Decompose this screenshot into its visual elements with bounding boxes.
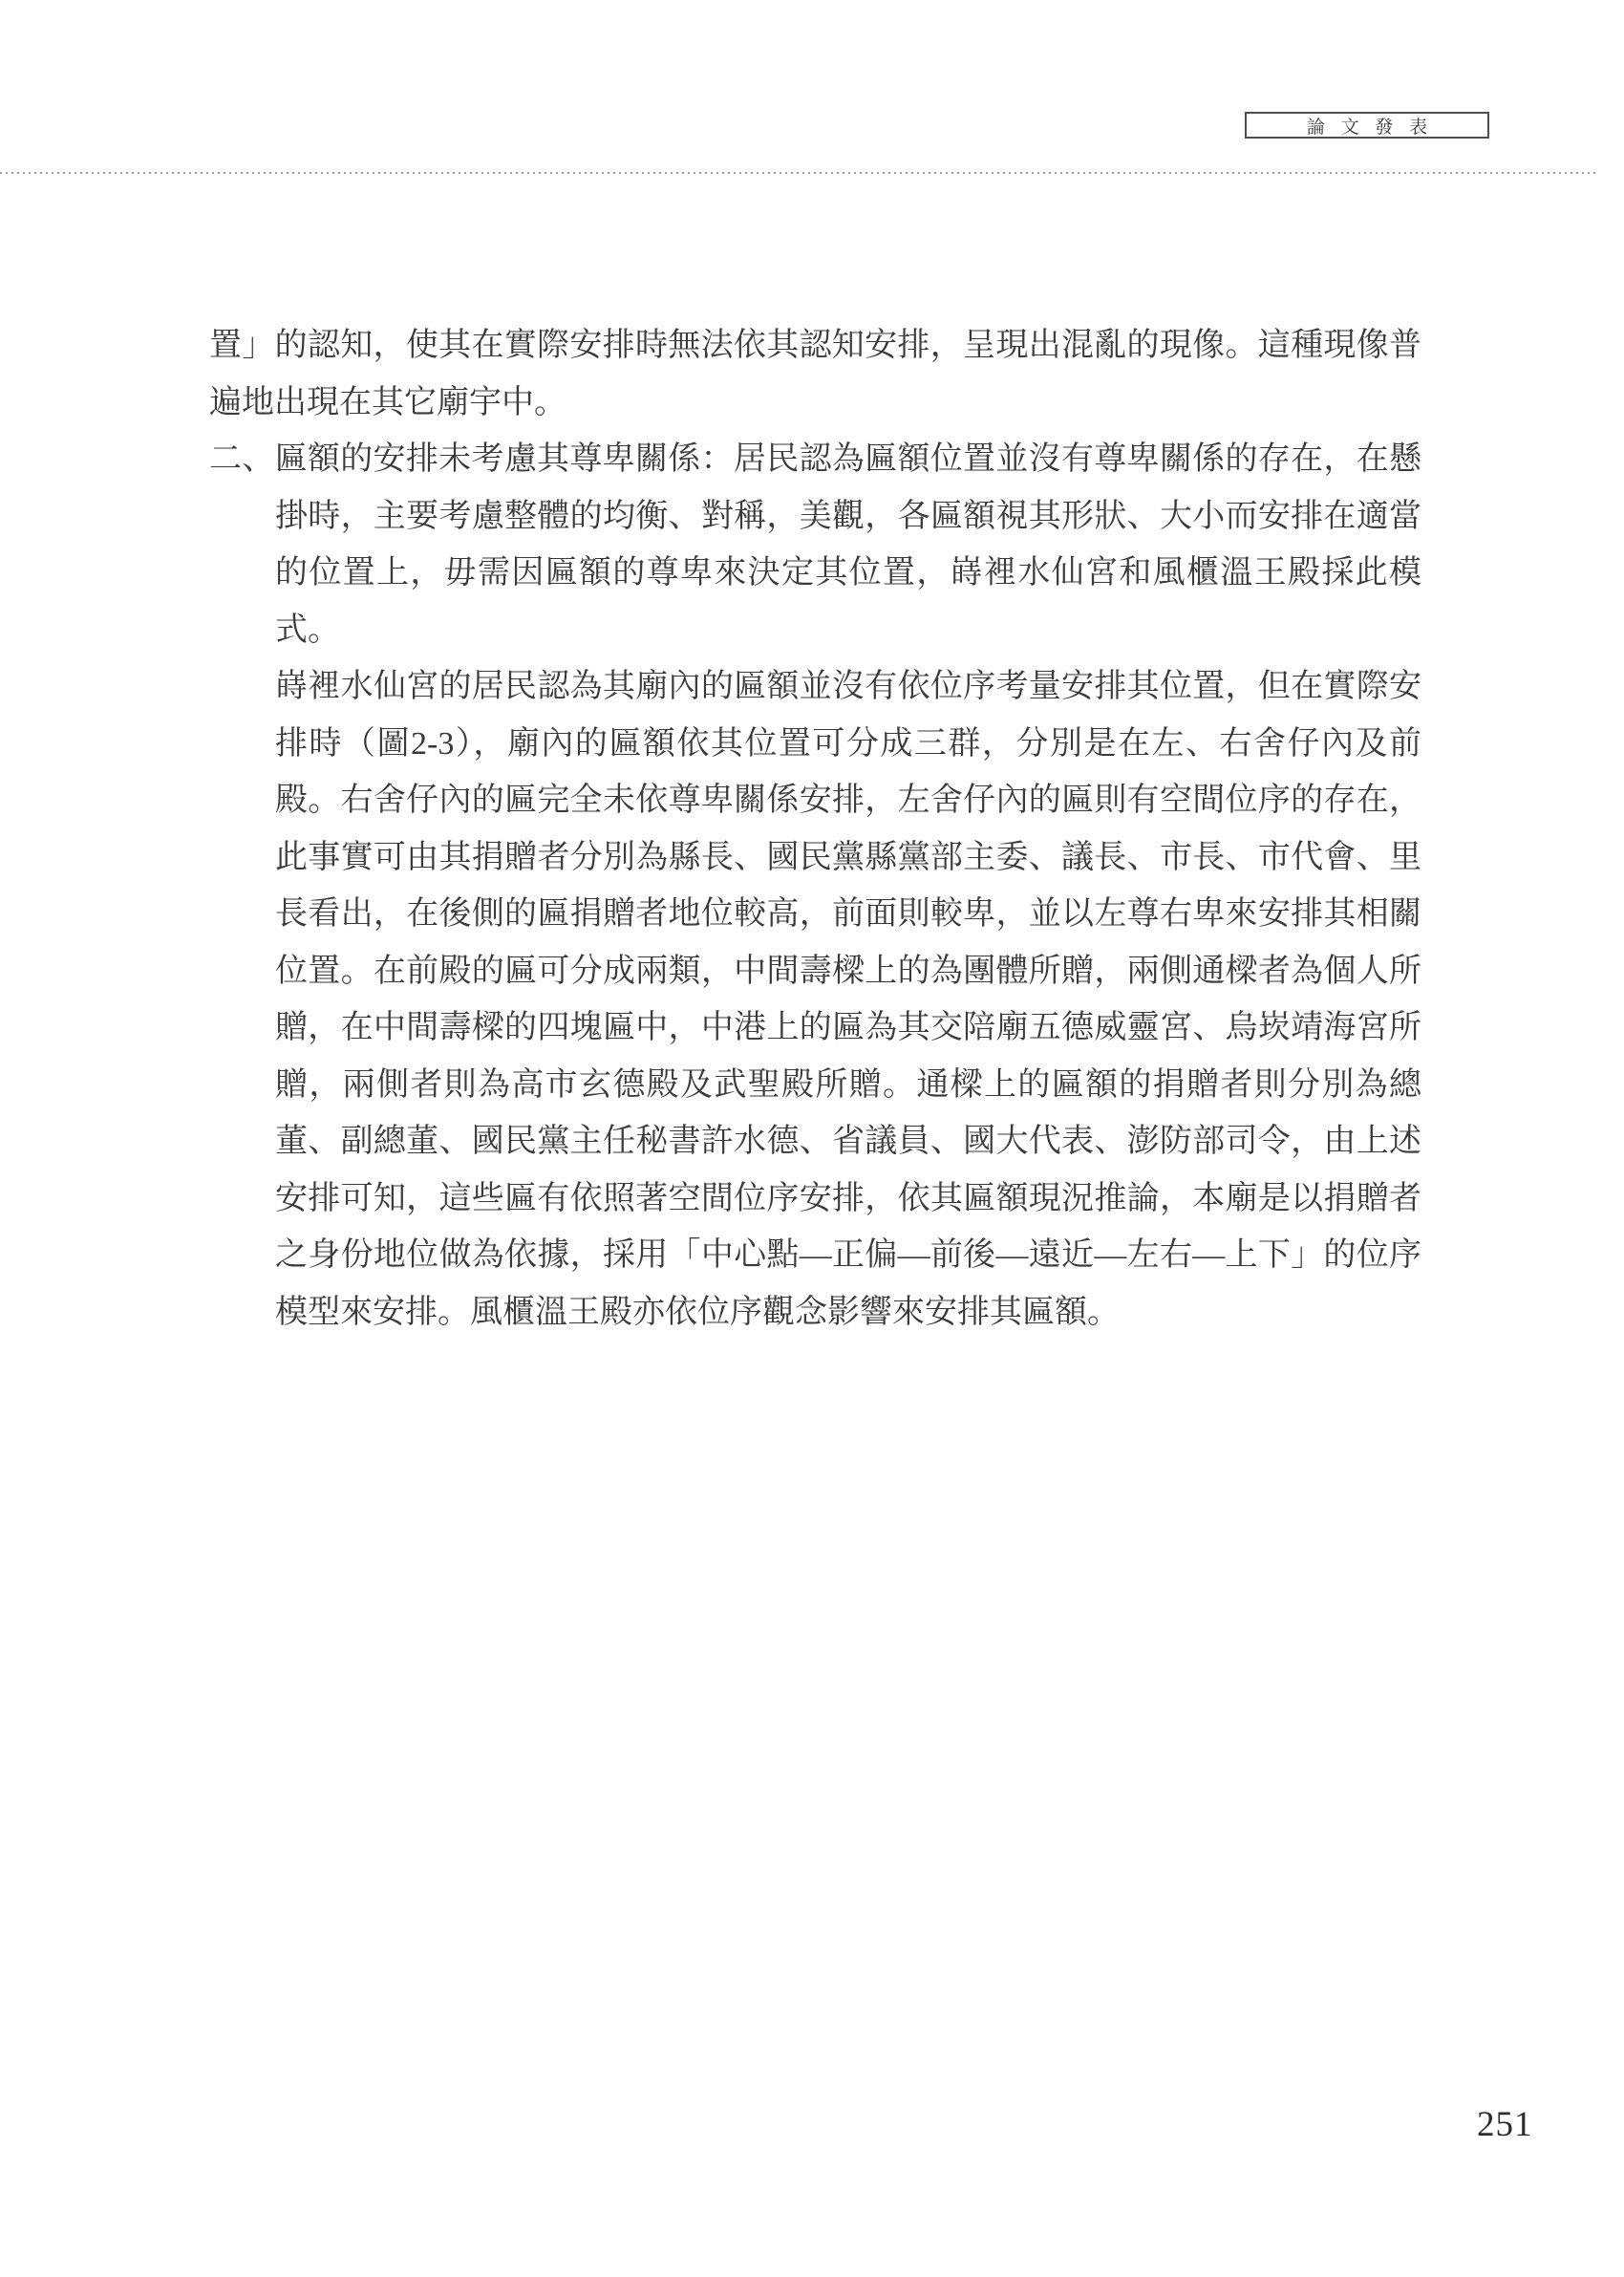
text-line: 殿。右舍仔內的匾完全未依尊卑關係安排，左舍仔內的匾則有空間位序的存在， [209,772,1421,829]
text-line: 遍地出現在其它廟宇中。 [209,375,1421,432]
text-line: 董、副總董、國民黨主任秘書許水德、省議員、國大代表、澎防部司令，由上述 [209,1113,1421,1171]
text-line: 此事實可由其捐贈者分別為縣長、國民黨縣黨部主委、議長、市長、市代會、里 [209,829,1421,887]
text-line: 贈，兩側者則為高市玄德殿及武聖殿所贈。通樑上的匾額的捐贈者則分別為總 [209,1057,1421,1114]
text-line: 置」的認知，使其在實際安排時無法依其認知安排，呈現出混亂的現像。這種現像普 [209,317,1421,375]
text-line: 式。 [209,602,1421,659]
text-line: 長看出，在後側的匾捐贈者地位較高，前面則較卑，並以左尊右卑來安排其相關 [209,886,1421,943]
page-number: 251 [1477,2104,1533,2145]
text-line: 排時（圖2-3），廟內的匾額依其位置可分成三群，分別是在左、右舍仔內及前 [209,716,1421,773]
dotted-divider [0,172,1596,174]
body-text: 置」的認知，使其在實際安排時無法依其認知安排，呈現出混亂的現像。這種現像普 遍地… [209,317,1421,1341]
text-line: 掛時，主要考慮整體的均衡、對稱，美觀，各匾額視其形狀、大小而安排在適當 [209,488,1421,546]
section-badge: 論 文 發 表 [1245,112,1489,139]
text-line: 之身份地位做為依據，採用「中心點—正偏—前後—遠近—左右—上下」的位序 [209,1227,1421,1284]
text-line: 贈，在中間壽樑的四塊匾中，中港上的匾為其交陪廟五德威靈宮、烏崁靖海宮所 [209,999,1421,1057]
text-line: 二、匾額的安排未考慮其尊卑關係：居民認為匾額位置並沒有尊卑關係的存在，在懸 [209,431,1421,488]
text-line: 位置。在前殿的匾可分成兩類，中間壽樑上的為團體所贈，兩側通樑者為個人所 [209,943,1421,1000]
text-line: 模型來安排。風櫃溫王殿亦依位序觀念影響來安排其匾額。 [209,1284,1421,1342]
section-badge-label: 論 文 發 表 [1307,113,1433,139]
text-line: 的位置上，毋需因匾額的尊卑來決定其位置，嵵裡水仙宮和風櫃溫王殿採此模 [209,545,1421,602]
text-line: 安排可知，這些匾有依照著空間位序安排，依其匾額現況推論，本廟是以捐贈者 [209,1171,1421,1228]
document-page: 論 文 發 表 置」的認知，使其在實際安排時無法依其認知安排，呈現出混亂的現像。… [0,0,1624,2277]
text-line: 嵵裡水仙宮的居民認為其廟內的匾額並沒有依位序考量安排其位置，但在實際安 [209,658,1421,716]
